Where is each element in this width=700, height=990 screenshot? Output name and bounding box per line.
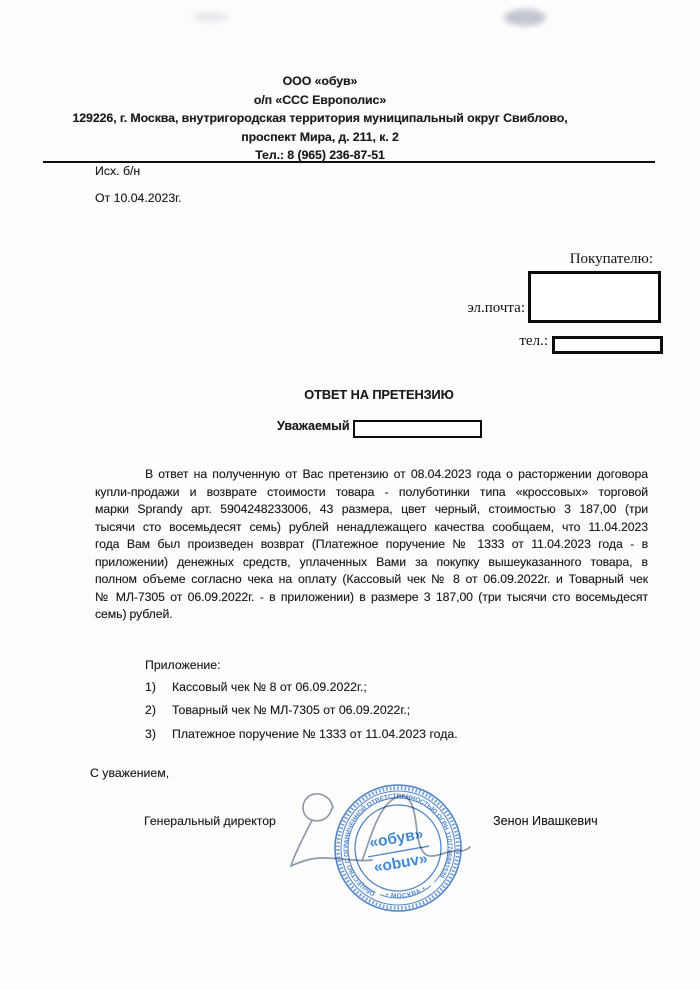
scan-smudge [504, 9, 546, 26]
signature-handwriting [270, 780, 480, 890]
company-address-2: проспект Мира, д. 211, к. 2 [30, 128, 610, 147]
signature-tail-stroke [362, 796, 470, 861]
body-line: приложении) денежных средств, уплаченных… [95, 554, 648, 572]
signature-loop-stroke [291, 794, 372, 866]
outgoing-number: Исх. б/н [95, 164, 140, 179]
company-address: 129226, г. Москва, внутригородская терри… [30, 109, 610, 128]
attachment-number: 2) [145, 703, 172, 726]
recipient-name-redaction-box [528, 271, 661, 323]
attachment-number: 3) [145, 727, 172, 750]
letterhead: ООО «обув» о/п «ССС Европолис» 129226, г… [30, 72, 610, 165]
body-line: купли-продажи и возврате стоимости товар… [95, 484, 648, 502]
phone-label: тел.: [519, 333, 548, 350]
attachment-item: 3) Платежное поручение № 1333 от 11.04.2… [145, 727, 565, 750]
attachment-item: 1) Кассовый чек № 8 от 06.09.2022г.; [145, 680, 565, 703]
salutation-name-redaction-box [353, 420, 482, 438]
body-line: полном объеме согласно чека на оплату (К… [95, 571, 648, 589]
email-label: эл.почта: [467, 300, 525, 317]
attachment-text: Товарный чек № МЛ-7305 от 06.09.2022г.; [172, 703, 410, 726]
signer-position: Генеральный директор [144, 814, 276, 829]
attachment-text: Платежное поручение № 1333 от 11.04.2023… [172, 727, 458, 750]
attachments-list: 1) Кассовый чек № 8 от 06.09.2022г.; 2) … [145, 680, 565, 750]
recipient-label: Покупателю: [570, 251, 653, 268]
body-line: В ответ на полученную от Вас претензию о… [95, 466, 648, 484]
company-name: ООО «обув» [30, 72, 610, 91]
company-division: о/п «ССС Европолис» [30, 91, 610, 110]
salutation-label: Уважаемый [277, 419, 350, 433]
phone-redaction-box [552, 336, 663, 354]
attachment-number: 1) [145, 680, 172, 703]
body-line: тысячи сто восемьдесят семь) рублей нена… [95, 519, 648, 537]
letter-body: В ответ на полученную от Вас претензию о… [95, 466, 648, 624]
letter-date: От 10.04.2023г. [95, 191, 182, 206]
attachments-heading: Приложение: [145, 658, 221, 673]
body-line: года Вам был произведен возврат (Платежн… [95, 536, 648, 554]
attachment-text: Кассовый чек № 8 от 06.09.2022г.; [172, 680, 367, 703]
body-line: № МЛ-7305 от 06.09.2022г. - в приложении… [95, 589, 648, 607]
body-line: марки Sprandy арт. 5904248233006, 43 раз… [95, 501, 648, 519]
body-line: семь) рублей. [95, 606, 648, 624]
scan-smudge [193, 12, 229, 22]
letter-title: ОТВЕТ НА ПРЕТЕНЗИЮ [99, 387, 659, 402]
signer-name: Зенон Ивашкевич [493, 814, 598, 829]
scanned-letter-page: ООО «обув» о/п «ССС Европолис» 129226, г… [0, 0, 700, 990]
attachment-item: 2) Товарный чек № МЛ-7305 от 06.09.2022г… [145, 703, 565, 726]
closing-regards: С уважением, [90, 766, 169, 781]
